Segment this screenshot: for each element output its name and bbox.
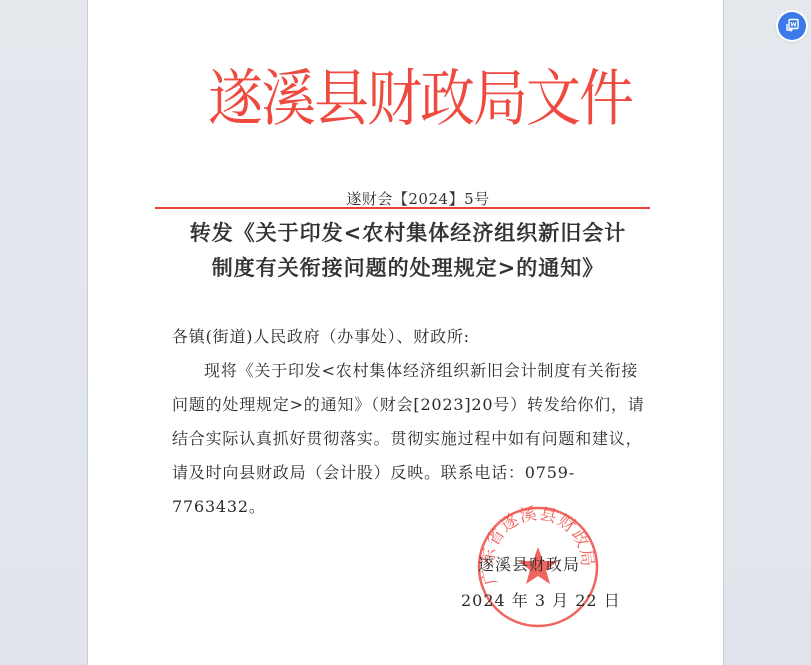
convert-to-word-icon <box>784 18 800 34</box>
document-number: 遂财会【2024】5号 <box>318 188 518 209</box>
signature: 遂溪县财政局 <box>478 552 580 575</box>
header-divider <box>155 207 650 209</box>
subject-line-1: 转发《关于印发<农村集体经济组织新旧会计 <box>168 216 648 251</box>
document-body: 各镇(街道)人民政府（办事处）、财政所: 现将《关于印发<农村集体经济组织新旧会… <box>172 320 652 524</box>
salutation: 各镇(街道)人民政府（办事处）、财政所: <box>172 320 652 354</box>
body-paragraph: 现将《关于印发<农村集体经济组织新旧会计制度有关衔接问题的处理规定>的通知》（财… <box>172 354 652 524</box>
subject-line-2: 制度有关衔接问题的处理规定>的通知》 <box>168 251 648 286</box>
convert-to-word-button[interactable] <box>778 12 806 40</box>
document-viewer[interactable]: 遂溪县财政局文件 遂财会【2024】5号 转发《关于印发<农村集体经济组织新旧会… <box>0 0 811 665</box>
document-subject: 转发《关于印发<农村集体经济组织新旧会计 制度有关衔接问题的处理规定>的通知》 <box>168 216 648 286</box>
document-header-title: 遂溪县财政局文件 <box>208 53 608 143</box>
document-page: 遂溪县财政局文件 遂财会【2024】5号 转发《关于印发<农村集体经济组织新旧会… <box>88 0 723 665</box>
document-date: 2024 年 3 月 22 日 <box>461 588 621 611</box>
